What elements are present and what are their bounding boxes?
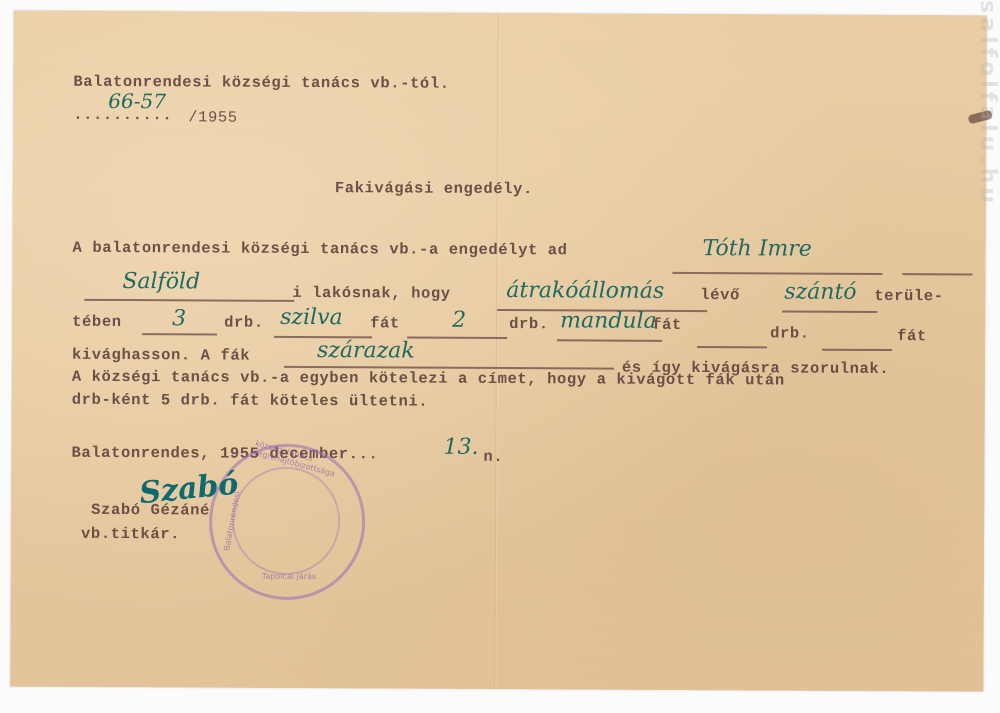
tree-count-2: 2 — [452, 308, 466, 333]
date-suffix: n. — [483, 448, 503, 466]
stamp-text-bottom: Tapolcai járás — [262, 572, 316, 581]
drb-label-2: drb. — [509, 315, 549, 333]
body-line-2a: i lakósnak, hogy — [292, 284, 451, 303]
count1-blank — [142, 333, 217, 335]
body-line-5: A községi tanács vb.-a egyben kötelezi a… — [72, 368, 785, 390]
field-type-value: szántó — [784, 279, 856, 304]
body-line-2c: terüle- — [874, 287, 943, 305]
body-line-6: drb-ként 5 drb. fát köteles ültetni. — [72, 391, 429, 411]
permit-holder-name: Tóth Imre — [702, 236, 811, 262]
location-value: átrakóállomás — [506, 278, 664, 304]
site-watermark: salfolfalu.hu — [940, 0, 1000, 713]
body-line-4a: kivághasson. A fák — [72, 346, 250, 365]
count2-blank — [407, 337, 507, 340]
day-handwritten: 13. — [443, 435, 478, 460]
tree2-blank — [557, 339, 662, 342]
fat-label-3: fát — [897, 327, 927, 345]
reference-year: /1955 — [188, 108, 238, 126]
body-line-3a: tében — [72, 313, 122, 331]
fat-label-2: fát — [652, 316, 682, 334]
felling-reason: szárazak — [317, 338, 415, 364]
residence-place: Salföld — [122, 269, 200, 294]
body-line-2b: lévő — [700, 286, 740, 304]
drb-label-3: drb. — [770, 324, 810, 342]
drb-label-1: drb. — [224, 314, 264, 332]
tree3-blank — [822, 349, 892, 351]
fat-label-1: fát — [370, 314, 400, 332]
signer-role: vb.titkár. — [81, 525, 180, 544]
document-title: Fakivágási engedély. — [335, 179, 533, 198]
tree-type-2: mandula — [560, 308, 657, 334]
tree-count-1: 3 — [172, 306, 186, 331]
document-paper: Balatonrendesi községi tanács vb.-tól. .… — [10, 10, 987, 691]
signer-name: Szabó Gézáné — [91, 501, 210, 520]
paper-fold — [494, 13, 500, 689]
place-blank — [84, 299, 294, 302]
body-line-1: A balatonrendesi községi tanács vb.-a en… — [72, 239, 567, 260]
name-blank — [672, 272, 882, 275]
field-type-blank — [782, 310, 877, 312]
reference-number: 66-57 — [108, 89, 166, 113]
tree-type-1: szilva — [280, 305, 343, 330]
stamp-emblem — [232, 467, 341, 576]
count3-blank — [697, 346, 767, 348]
